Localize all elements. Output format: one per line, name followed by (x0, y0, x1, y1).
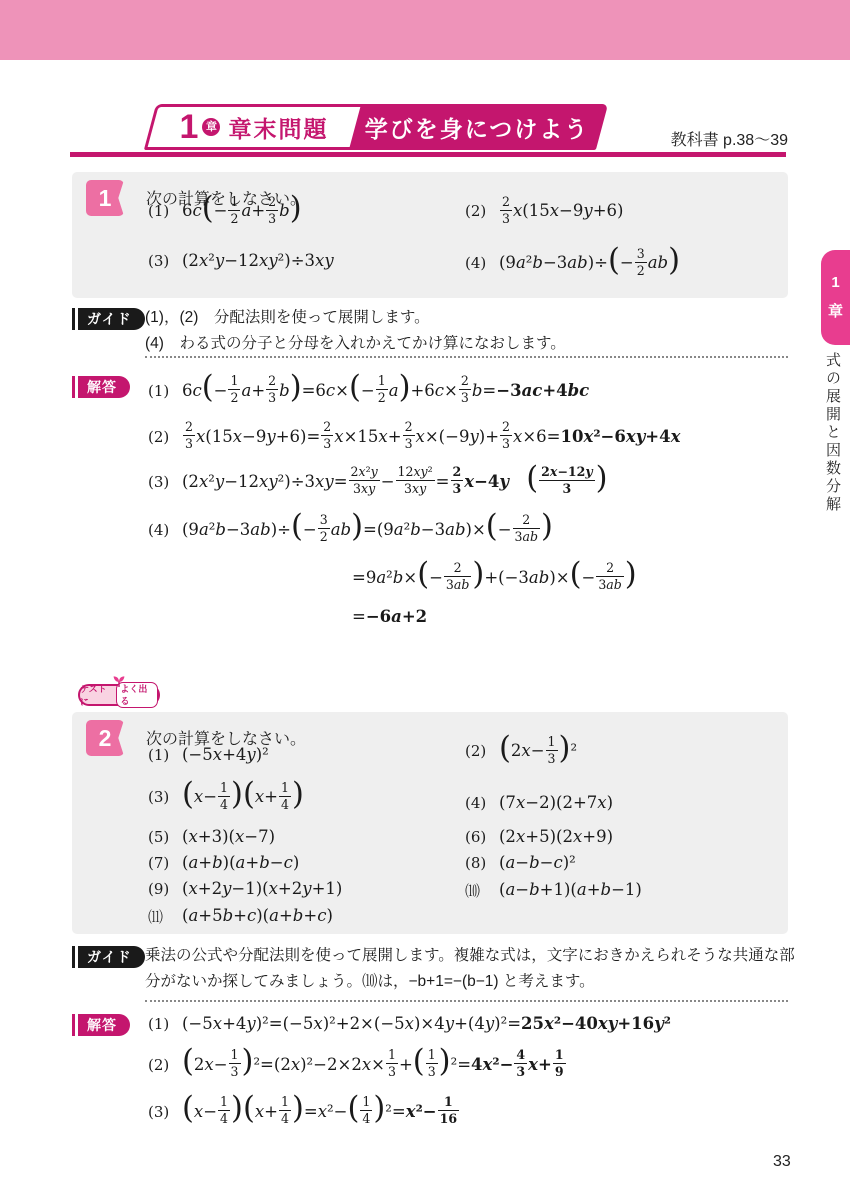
chapter-banner-right: 学びを身につけよう (346, 104, 608, 150)
problem1-number-badge: 1 (86, 180, 124, 216)
problem2-item-2: (2) (2x−13)² (465, 736, 577, 767)
problem1-guide-line2: (4) わる式の分子と分母を入れかえてかけ算になおします。 (145, 331, 566, 357)
banner-subtitle: 学びを身につけよう (365, 111, 590, 144)
problem2-item-10: ⑽ (a−b+1)(a+b−1) (465, 880, 642, 901)
header-rule (70, 152, 786, 157)
problem2-item-8: (8) (a−b−c)² (465, 854, 576, 872)
problem1-item-3: (3) (2x²y−12xy²)÷3xy (148, 252, 334, 270)
problem1-item-1: (1) 6c(−12a+23b) (148, 196, 302, 227)
problem2-item-1: (1) (−5x+4y)² (148, 746, 269, 764)
problem1-item-4: (4) (9a²b−3ab)÷(−32ab) (465, 248, 680, 279)
problem2-number-badge: 2 (86, 720, 124, 756)
problem2-item-11: ⑾ (a+5b+c)(a+b+c) (148, 906, 333, 927)
textbook-reference: 教科書 p.38〜39 (580, 127, 788, 150)
problem2-answer-line2: (2) (2x−13)²=(2x)²−2×2x×13+(13)²=4x²−43x… (148, 1042, 567, 1088)
page-number: 33 (773, 1153, 791, 1171)
textbook-page: 1 章 章末問題 学びを身につけよう 教科書 p.38〜39 1 章 式の展開と… (0, 0, 850, 1200)
dotted-divider (145, 1000, 788, 1002)
problem2-item-6: (6) (2x+5)(2x+9) (465, 828, 613, 846)
problem1-answer-line6: =−6a+2 (352, 602, 427, 632)
problem1-answer-line5: =9a²b×(−23ab)+(−3ab)×(−23ab) (352, 554, 637, 602)
problem1-answer-line4: (4) (9a²b−3ab)÷(−32ab)=(9a²b−3ab)×(−23ab… (148, 506, 553, 554)
test-badge-left-text: テストに (80, 682, 113, 708)
problem2-guide-text: 乗法の公式や分配法則を使って展開します。複雑な式は，文字におきかえられそうな共通… (145, 943, 795, 995)
problem2-box: 2 次の計算をしなさい。 (1) (−5x+4y)² (2) (2x−13)² … (72, 712, 788, 934)
sidebar-tab-char: 章 (828, 300, 843, 321)
problem2-item-5: (5) (x+3)(x−7) (148, 828, 275, 846)
frequent-on-tests-badge: テストに よく出る (78, 684, 160, 706)
problem1-answer-line1: (1) 6c(−12a+23b)=6c×(−12a)+6c×23b=−3ac+4… (148, 370, 589, 412)
sidebar-chapter-title: 式の展開と因数分解 (822, 352, 843, 514)
problem1-box: 1 次の計算をしなさい。 (1) 6c(−12a+23b) (2) 23x(15… (72, 172, 788, 298)
problem2-answer-line3: (3) (x−14)(x+14)=x²−(14)²=x²−116 (148, 1090, 460, 1134)
sprout-icon (111, 675, 127, 693)
guide-badge: ガイド (78, 946, 145, 968)
answer-badge: 解答 (78, 376, 130, 398)
chapter-number: 1 (180, 110, 199, 144)
problem2-item-9: (9) (x+2y−1)(x+2y+1) (148, 880, 342, 898)
dotted-divider (145, 356, 788, 358)
guide-badge: ガイド (78, 308, 145, 330)
top-pink-band (0, 0, 850, 60)
answer-badge: 解答 (78, 1014, 130, 1036)
chapter-banner-left: 1 章 章末問題 (144, 104, 364, 150)
chapter-circle-icon: 章 (202, 118, 220, 136)
problem2-item-3: (3) (x−14)(x+14) (148, 782, 304, 813)
problem1-answer-line2: (2) 23x(15x−9y+6)=23x×15x+23x×(−9y)+23x×… (148, 416, 680, 458)
sidebar-chapter-tab: 1 章 (821, 250, 850, 345)
problem2-item-7: (7) (a+b)(a+b−c) (148, 854, 299, 872)
problem2-item-4: (4) (7x−2)(2+7x) (465, 794, 613, 812)
problem1-guide-line1: (1)，(2) 分配法則を使って展開します。 (145, 305, 430, 331)
problem2-answer-line1: (1) (−5x+4y)²=(−5x)²+2×(−5x)×4y+(4y)²=25… (148, 1008, 671, 1040)
banner-title: 章末問題 (228, 111, 328, 144)
sidebar-tab-number: 1 (831, 274, 839, 291)
problem1-answer-line3: (3) (2x²y−12xy²)÷3xy=2x²y3xy−12xy²3xy=23… (148, 458, 608, 506)
problem1-item-2: (2) 23x(15x−9y+6) (465, 196, 623, 227)
